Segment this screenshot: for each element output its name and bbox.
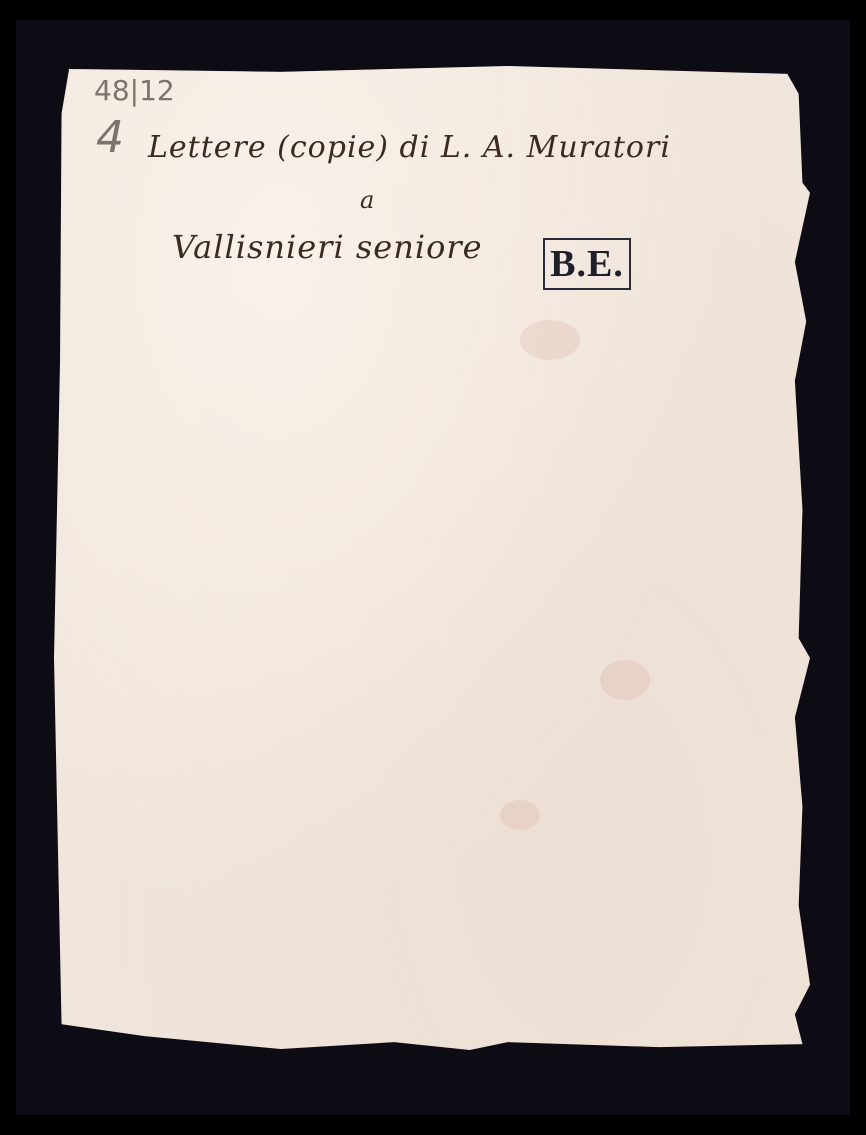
paper-stain bbox=[500, 800, 540, 830]
shelf-mark: 48|12 bbox=[94, 74, 175, 107]
library-stamp: B.E. bbox=[543, 238, 631, 290]
paper-stain bbox=[520, 320, 580, 360]
paper-stain bbox=[600, 660, 650, 700]
title-line-3: Vallisnieri seniore bbox=[172, 228, 483, 266]
title-line-1: Lettere (copie) di L. A. Muratori bbox=[148, 130, 671, 165]
paper-sheet bbox=[54, 64, 810, 1054]
item-count: 4 bbox=[96, 112, 124, 163]
title-line-2: a bbox=[360, 186, 375, 214]
